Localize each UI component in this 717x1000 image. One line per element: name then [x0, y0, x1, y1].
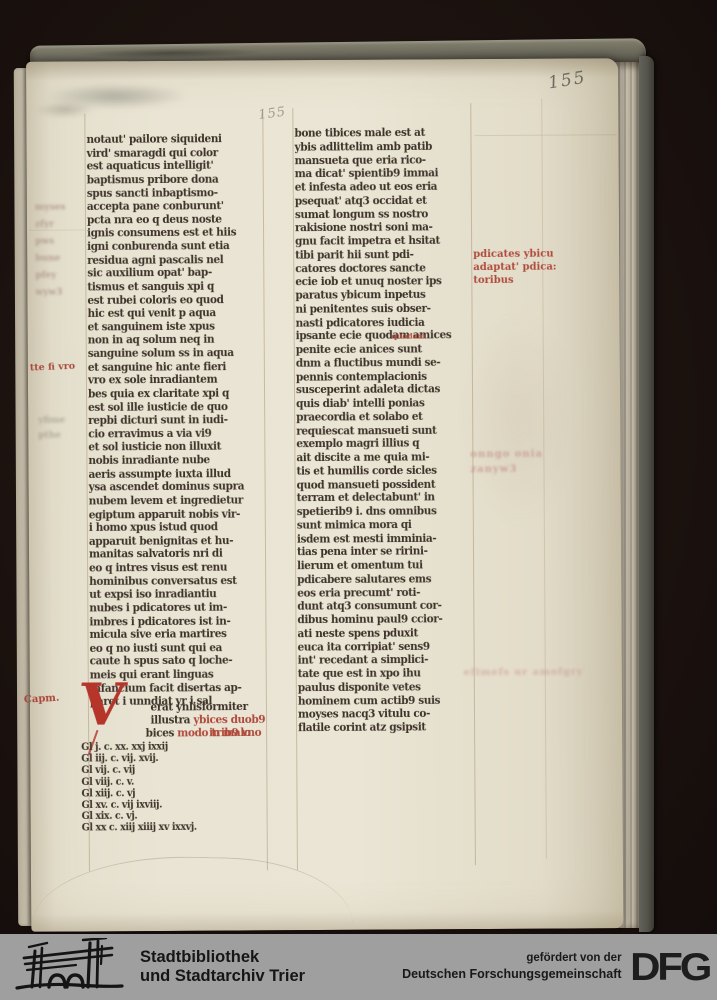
marginal-note-capitulum: Capm. [24, 693, 60, 706]
dfg-logo: DFG [630, 945, 709, 989]
marginal-note-right-rubric: pdicates ybicu adaptat' pdica: toribus [473, 248, 556, 288]
book-cover-edge [639, 56, 654, 932]
funding-line-2: Deutschen Forschungsgemeinschaft [402, 966, 622, 982]
reference-list: Gl j. c. xx. xxj ixxij Gl iij. c. vij. x… [81, 741, 312, 835]
text-segment: bices [146, 727, 178, 740]
show-through-text: yfime pthe [38, 414, 65, 444]
head-ruling-line [474, 134, 616, 136]
manuscript-page: notaut' pailore siquideni vird' smaragdi… [26, 58, 623, 932]
show-through-text: myses zfyr pws bune pfey wyw3 [35, 200, 66, 302]
show-through-text: onngo onia zanyw3 [470, 447, 543, 477]
interlinear-rubric-note: quodam [392, 331, 426, 340]
page-crease [32, 853, 353, 931]
red-initial-v: V [77, 675, 128, 733]
funding-line-1: gefördert von der [402, 951, 622, 966]
digitization-credit-bar: Stadtbibliothek und Stadtarchiv Trier ge… [0, 934, 717, 1000]
show-through-text: efimefs ur amofgry [464, 666, 584, 678]
right-text-column: bone tibices male est at ybis adlittelim… [294, 126, 478, 780]
porta-nigra-sketch-icon [14, 938, 126, 997]
rubric-text: in malo [209, 726, 250, 739]
library-name: Stadtbibliothek und Stadtarchiv Trier [140, 948, 305, 986]
manuscript-scan-photo: notaut' pailore siquideni vird' smaragdi… [0, 0, 717, 934]
marginal-note-left-rubric: tte fi vro [30, 361, 76, 374]
left-text-column: notaut' pailore siquideni vird' smaragdi… [86, 132, 270, 711]
pencil-folio-number: 155 [547, 68, 588, 94]
funding-credit: gefördert von der Deutschen Forschungsge… [402, 951, 622, 982]
pencil-folio-number-center: 155 [257, 105, 287, 123]
